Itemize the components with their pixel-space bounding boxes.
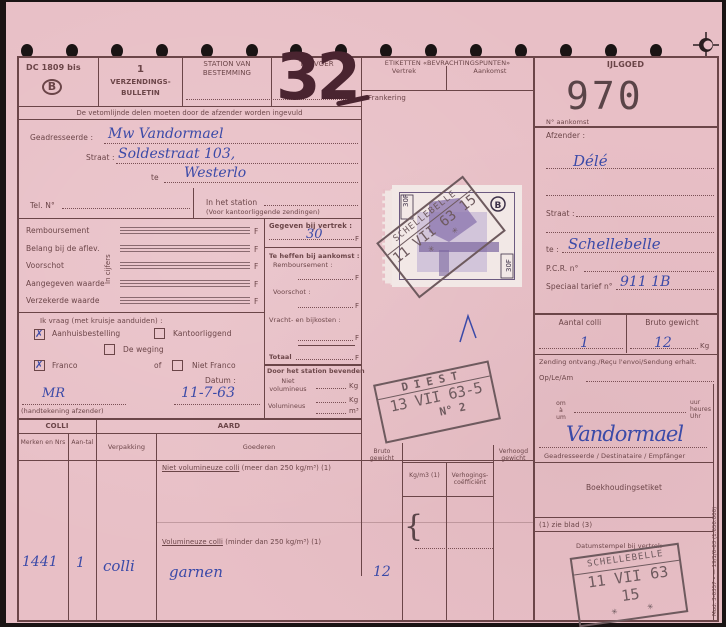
currency-f: F [355, 302, 359, 310]
gross-weight-label: Bruto gewicht [627, 318, 717, 327]
currency-f: F [254, 280, 258, 289]
kg-unit: Kg [700, 342, 709, 350]
of-label: of [154, 361, 161, 370]
boekhouding-label: Boekhoudingsetiket [534, 483, 714, 492]
sender-street-field[interactable] [576, 216, 714, 217]
receipt-date-field[interactable] [586, 381, 714, 382]
sender-signature[interactable]: MR [42, 386, 65, 401]
rembours-arrival-label: Rembours­ement : [273, 261, 333, 269]
amount-field[interactable] [120, 280, 250, 287]
amount-label: Verzekerde waarde [26, 296, 100, 305]
checkbox-franco[interactable]: ✗ [34, 360, 45, 371]
col-kgm3: Kg/m3 (1) [403, 472, 446, 479]
currency-f: F [254, 245, 258, 254]
colli-header: COLLI [18, 422, 96, 430]
currency-f: F [254, 262, 258, 271]
stamp-value-bottom: 30F [505, 260, 513, 272]
side-print: Mod. 3-0357 • — 19/1/6-63 (1.650.000) [712, 507, 718, 616]
bulletin-number: 1 [99, 64, 182, 75]
aard-header: AARD [97, 422, 361, 430]
option-de-weging: De weging [123, 345, 164, 354]
consignment-note: DC 1809 bis B 1 VERZENDINGS- BULLETIN ST… [6, 2, 722, 623]
ijlgoed-label: IJLGOED [534, 60, 717, 69]
signer-label: Geadresseerde / Destinataire / Empfänger [544, 452, 685, 460]
station-weigh-label: Door het station bevenden [267, 368, 365, 375]
niet-vol-label-1: Niet [268, 378, 308, 385]
colli-count-label: Aantal colli [534, 318, 626, 327]
cell-count[interactable]: 1 [76, 555, 85, 571]
station-label-1: STATION VAN [183, 60, 271, 68]
pcr-label: P.C.R. n° [546, 264, 578, 273]
etiketten-label: ETIKETTEN «BEVRACHTINGSPUNTEN» [362, 59, 533, 67]
aankomst-label: Aankomst [447, 67, 533, 75]
datum-value[interactable]: 11-7-63 [181, 385, 235, 401]
amount-field[interactable] [120, 297, 250, 304]
form-code: DC 1809 bis [26, 63, 81, 72]
frankering-label: Frankering [368, 94, 406, 102]
non-vol-note: (meer dan 250 kg/m³) (1) [242, 464, 331, 472]
totaal-label: Totaal [269, 353, 292, 361]
station-label-2: BESTEMMING [183, 69, 271, 77]
col-goods: Goederen [157, 443, 361, 451]
datum-label: Datum : [205, 376, 236, 385]
checkmark-icon: ✗ [35, 361, 43, 371]
checkbox-aanhuisbestelling[interactable]: ✗ [34, 329, 45, 340]
option-franco: Franco [52, 361, 78, 370]
amount-field[interactable] [120, 227, 250, 234]
in-station-note: (Voor kantoorliggende zendingen) [206, 208, 320, 216]
non-vol-label: Niet volumineuze colli [162, 464, 239, 472]
checkbox-niet-franco[interactable] [172, 360, 183, 371]
gegeven-value[interactable]: 30 [306, 227, 323, 242]
vertrek-label: Vertrek [362, 67, 446, 75]
currency-f: F [254, 227, 258, 236]
option-niet-franco: Niet Franco [192, 361, 236, 370]
brace-icon: { [404, 512, 423, 542]
te-heffen-label: Te heffen bij aankomst : [269, 252, 360, 260]
recipient-signature[interactable]: Vandormael [566, 422, 683, 446]
vol-label: Volumineuze colli [162, 538, 223, 546]
currency-f: F [254, 297, 258, 306]
checkbox-de-weging[interactable] [104, 344, 115, 355]
uur-label: uur heures Uhr [690, 399, 711, 420]
col-packing: Verpakking [97, 443, 156, 451]
col-gross-weight: Bruto gewicht [362, 448, 402, 462]
tarief-value[interactable]: 911 1B [620, 274, 670, 290]
amount-field[interactable] [120, 262, 250, 269]
sender-te-label: te : [546, 245, 559, 254]
col-marks: Merken en Nrs [18, 439, 68, 446]
vracht-label: Vracht- en bijkosten : [269, 316, 341, 324]
sender-city[interactable]: Schellebelle [568, 235, 661, 253]
amount-label: Belang bij de aflev. [26, 244, 100, 253]
addressee-name[interactable]: Mw Vandormael [108, 126, 223, 142]
colli-count-value[interactable]: 1 [580, 335, 589, 351]
cell-goods[interactable]: garnen [169, 563, 223, 581]
sender-name[interactable]: Délé [573, 152, 608, 170]
sender-street-label: Straat : [546, 209, 575, 218]
checkbox-kantoorliggend[interactable] [154, 328, 165, 339]
sncb-logo: B [42, 79, 62, 95]
option-aanhuisbestelling: Aanhuisbestelling [52, 329, 120, 338]
vol-label: Volumineus [268, 403, 305, 410]
currency-f: F [355, 274, 359, 282]
option-kantoorliggend: Kantoorliggend [173, 329, 232, 338]
te-label: te [151, 173, 159, 182]
receipt-label: Zending ontvang./Reçu l'envoi/Sendung er… [539, 358, 697, 366]
footnote: (1) zie blad (3) [539, 521, 592, 529]
tel-label: Tel. N° [30, 201, 55, 210]
in-station-label: In het station [206, 198, 257, 207]
nr-aankomst-label: N° aankomst [546, 118, 589, 126]
addressee-street[interactable]: Soldestraat 103, [118, 146, 235, 162]
checkmark-icon: ✗ [35, 330, 43, 340]
amount-label: Voorschot [26, 261, 64, 270]
gross-weight-value[interactable]: 12 [654, 335, 672, 351]
op-label: Op/Le/Am [539, 374, 573, 382]
currency-f: F [355, 235, 359, 243]
tarief-label: Speciaal tarief n° [546, 282, 613, 291]
col-coefficient: Verhogings-coëfficiënt [447, 472, 493, 486]
om-label: om à um [551, 400, 571, 421]
options-title: Ik vraag (met kruisje aanduiden) : [40, 317, 163, 325]
col-count: Aan-tal [69, 439, 96, 446]
in-station-field[interactable] [264, 205, 358, 206]
currency-f: F [355, 354, 359, 362]
voorschot-arrival-label: Voorschot : [273, 288, 311, 296]
receipt-time-field[interactable] [574, 412, 686, 413]
amount-field[interactable] [120, 245, 250, 252]
kg-unit: Kg [349, 396, 358, 404]
niet-vol-label-2: volumineus [268, 386, 308, 393]
street-label: Straat : [86, 153, 115, 162]
m3-unit: m³ [349, 407, 359, 415]
cell-marks[interactable]: 1441 [22, 554, 58, 570]
col-raised-weight: Verhoogd gewicht [494, 448, 533, 462]
departure-date-stamp: SCHELLEBELLE 11 VII 63 15 ✳ ✳ [570, 543, 689, 627]
tel-field[interactable] [62, 208, 190, 209]
cell-packing[interactable]: colli [103, 557, 135, 575]
bulletin-title-1: VERZENDINGS- [99, 78, 182, 86]
addressee-city[interactable]: Westerlo [184, 165, 246, 181]
pen-mark-icon [456, 312, 480, 346]
stamped-number: 970 [566, 74, 644, 118]
vol-note: (minder dan 250 kg/m³) (1) [225, 538, 321, 546]
registration-mark-icon [693, 32, 719, 58]
pcr-field[interactable] [584, 271, 714, 272]
stamp-value-top: 30F [402, 195, 410, 207]
sender-label: Afzender : [546, 131, 585, 140]
amount-label: Aangegeven waarde [26, 279, 105, 288]
amount-label: Rembours­ement [26, 226, 89, 235]
svg-text:B: B [495, 201, 502, 211]
bulletin-title-2: BULLETIN [99, 89, 182, 97]
addressee-label: Geadresseerde : [30, 133, 93, 142]
signature-label: (handtekening afzender) [21, 407, 104, 415]
in-cijfers-label: In cijfers [104, 254, 112, 284]
currency-f: F [355, 334, 359, 342]
cell-gross-weight[interactable]: 12 [373, 564, 391, 580]
arrival-stamp: DIEST 13 VII 63-5 N° 2 [373, 360, 501, 443]
kg-unit: Kg [349, 382, 358, 390]
